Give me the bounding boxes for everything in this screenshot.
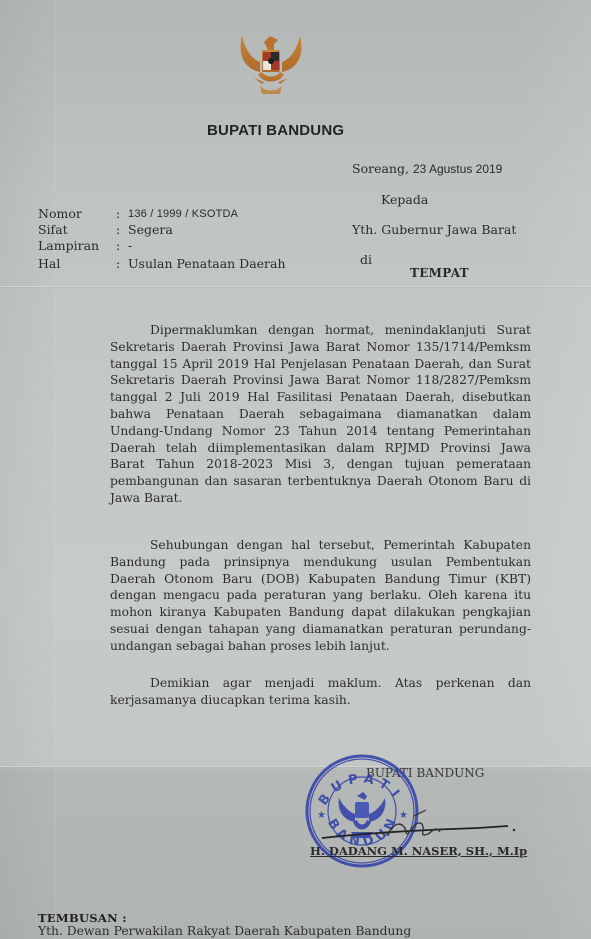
paper-fold-line <box>0 766 591 768</box>
tembusan-item: Yth. Dewan Perwakilan Rakyat Daerah Kabu… <box>38 924 411 938</box>
meta-label: Hal <box>38 256 116 272</box>
meta-row-hal: Hal : Usulan Penataan Daerah <box>38 256 286 272</box>
tembusan-title: TEMBUSAN : <box>38 911 127 925</box>
meta-value-lampiran: - <box>128 238 132 254</box>
kepada-label: Kepada <box>381 192 428 207</box>
meta-label: Nomor <box>38 206 116 222</box>
signatory-name: H. DADANG M. NASER, SH., M.Ip <box>310 844 527 858</box>
garuda-emblem-icon <box>236 32 306 100</box>
di-label: di <box>360 252 372 267</box>
letterhead-title: BUPATI BANDUNG <box>207 122 344 139</box>
body-paragraph-1: Dipermaklumkan dengan hormat, menindakla… <box>110 322 531 507</box>
meta-row-nomor: Nomor : 136 / 1999 / KSOTDA <box>38 206 286 222</box>
recipient: Yth. Gubernur Jawa Barat <box>352 222 516 237</box>
paper-crease <box>55 0 56 939</box>
meta-colon: : <box>116 256 128 272</box>
meta-colon: : <box>116 206 128 222</box>
handwritten-signature-icon <box>318 808 518 848</box>
paragraph-text: Demikian agar menjadi maklum. Atas perke… <box>110 675 531 709</box>
meta-value-hal: Usulan Penataan Daerah <box>128 256 286 272</box>
tempat-label: TEMPAT <box>410 266 469 280</box>
place-label: Soreang, <box>352 161 409 176</box>
meta-colon: : <box>116 238 128 254</box>
meta-value-nomor: 136 / 1999 / KSOTDA <box>128 206 238 222</box>
meta-row-lampiran: Lampiran : - <box>38 238 286 254</box>
place-date: Soreang, 23 Agustus 2019 <box>352 161 502 176</box>
meta-label: Sifat <box>38 222 116 238</box>
body-paragraph-2: Sehubungan dengan hal tersebut, Pemerint… <box>110 537 531 655</box>
letter-date: 23 Agustus 2019 <box>413 162 502 176</box>
meta-value-sifat: Segera <box>128 222 173 238</box>
meta-row-sifat: Sifat : Segera <box>38 222 286 238</box>
body-paragraph-3: Demikian agar menjadi maklum. Atas perke… <box>110 675 531 709</box>
paragraph-text: Dipermaklumkan dengan hormat, menindakla… <box>110 322 531 507</box>
paper-fold-line <box>0 286 591 288</box>
paragraph-text: Sehubungan dengan hal tersebut, Pemerint… <box>110 537 531 655</box>
meta-label: Lampiran <box>38 238 116 254</box>
letter-metadata: Nomor : 136 / 1999 / KSOTDA Sifat : Sege… <box>38 206 286 272</box>
meta-colon: : <box>116 222 128 238</box>
